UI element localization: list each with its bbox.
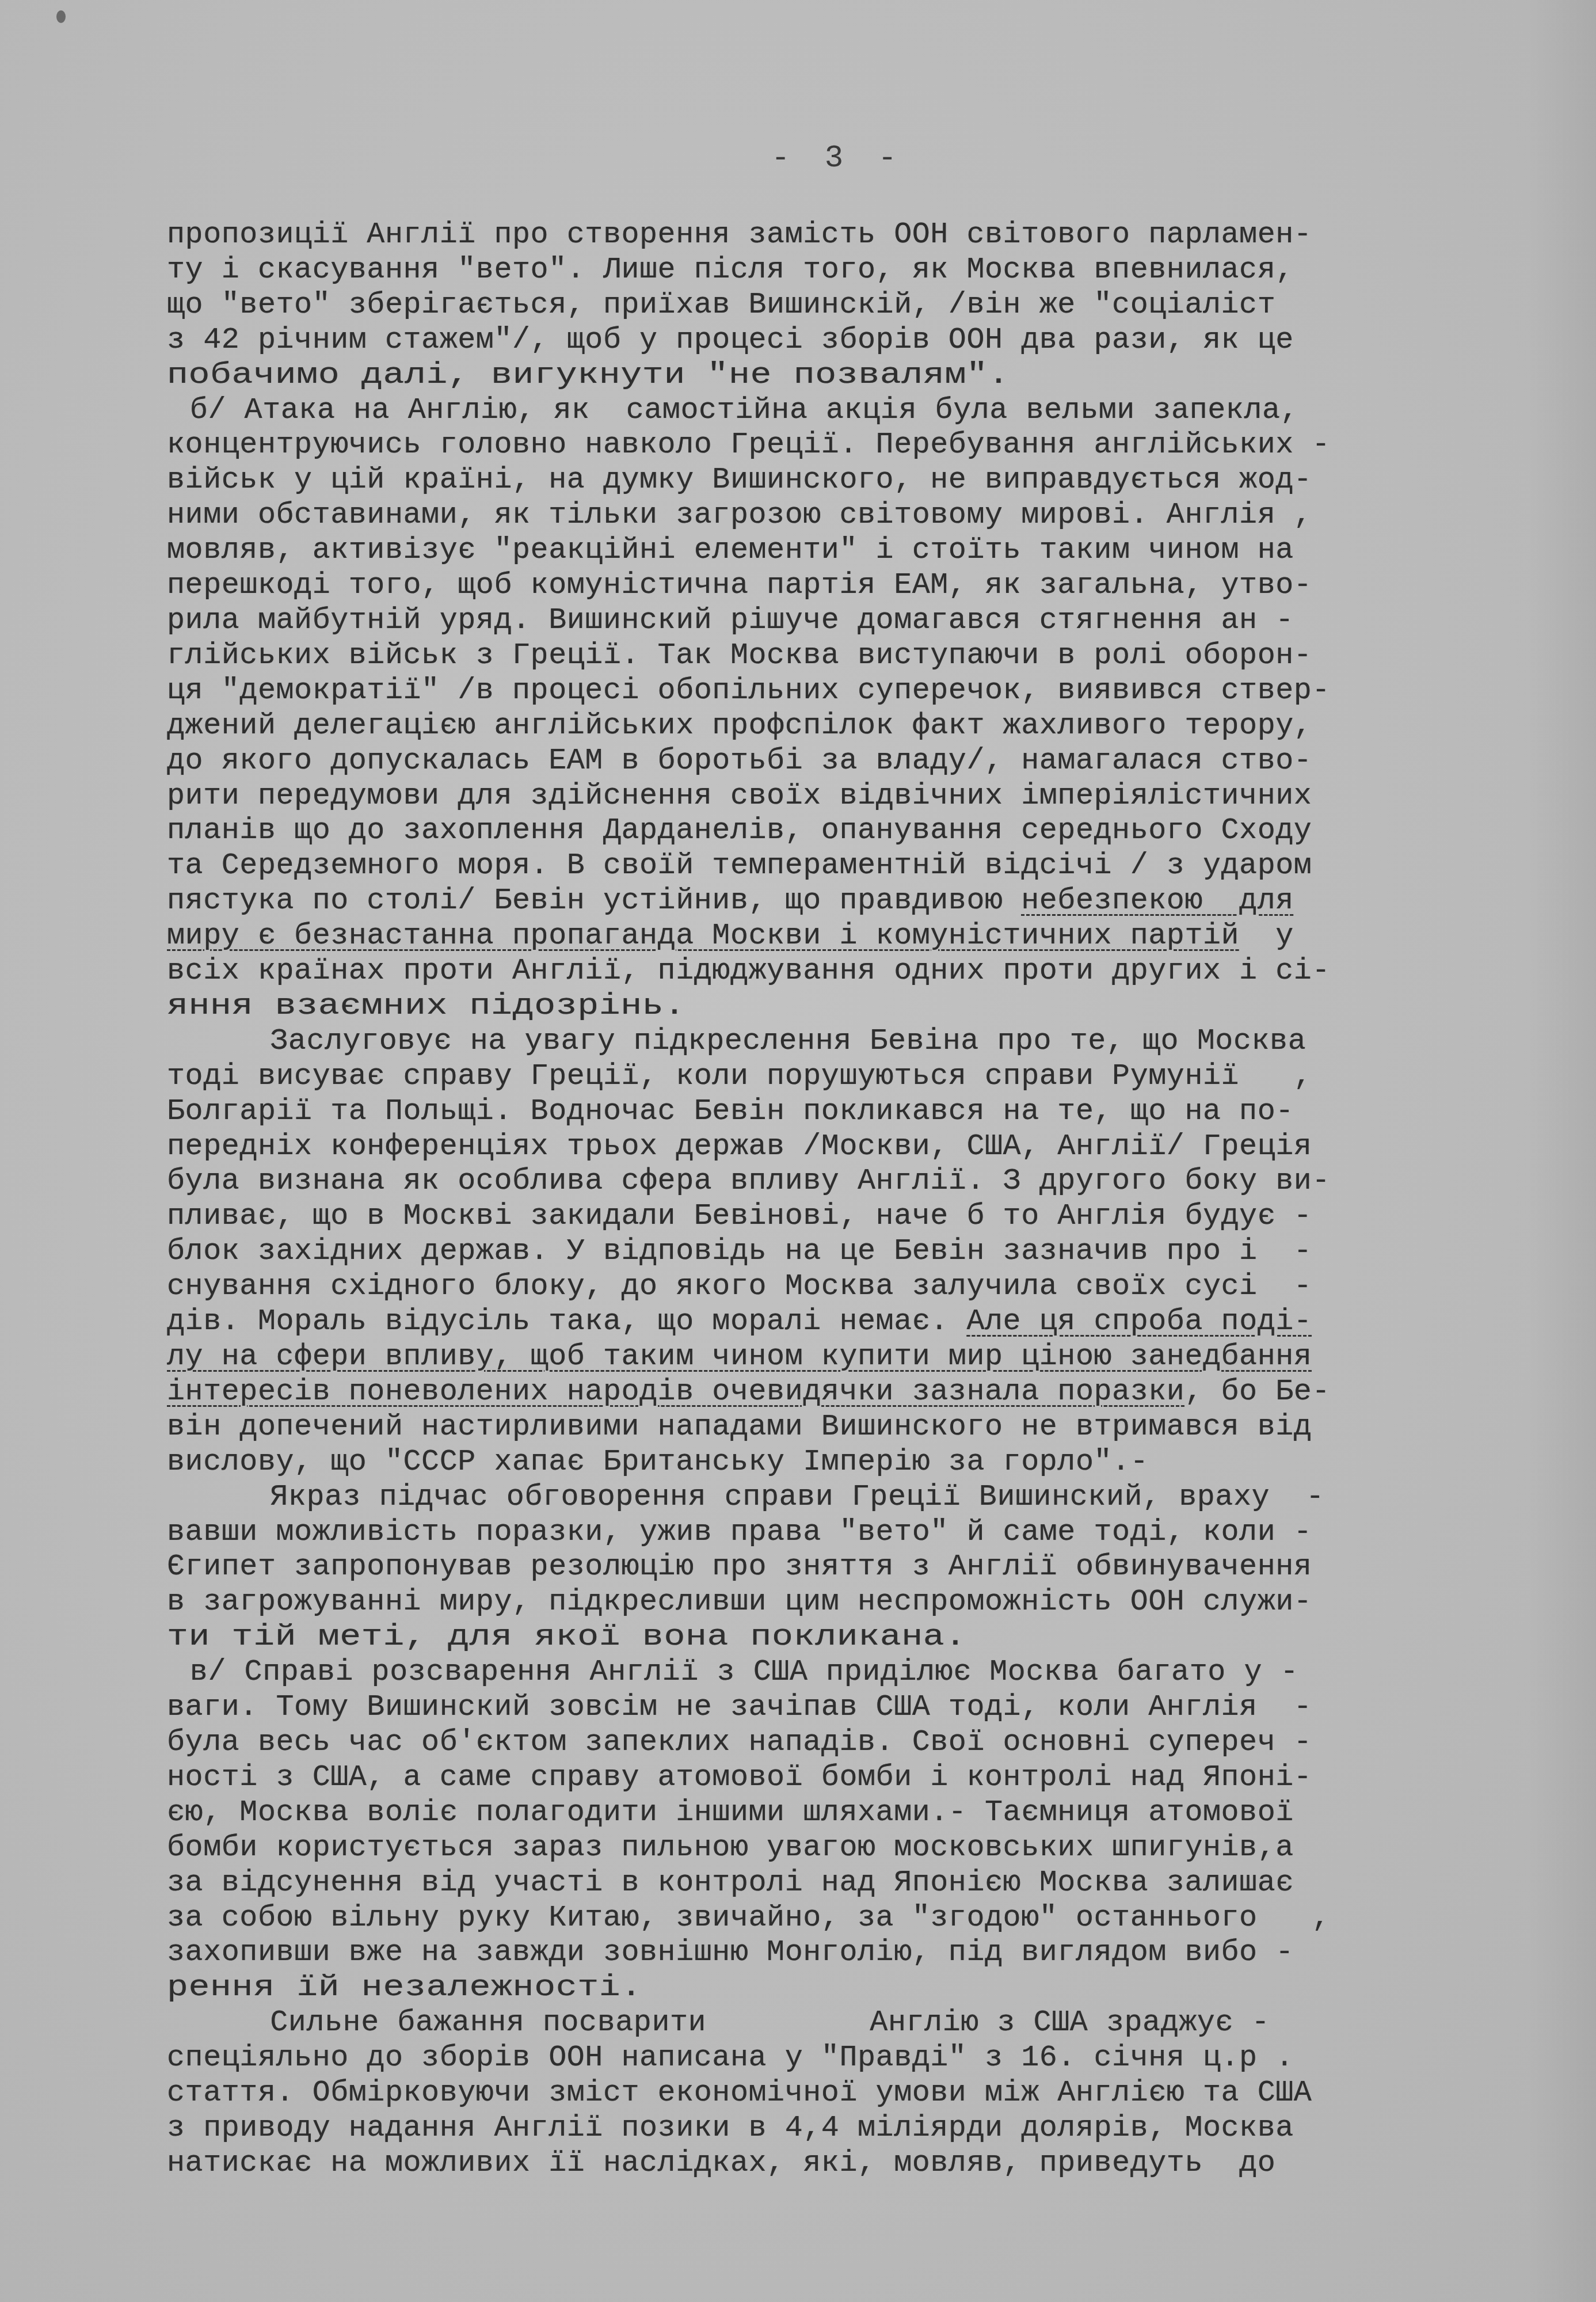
text-line: пропозиції Англії про створення замість …	[167, 218, 1485, 253]
text-line: вислову, що "СССР хапає Британську Імпер…	[167, 1445, 1485, 1480]
text-line: всіх країнах проти Англії, підюджування …	[167, 954, 1485, 989]
text-line: блок західних держав. У відповідь на це …	[167, 1234, 1485, 1269]
text-line: б/ Атака на Англію, як самостійна акція …	[167, 393, 1485, 428]
text-line: дів. Мораль відусіль така, що моралі нем…	[167, 1304, 1485, 1340]
text-line: спеціяльно до зборів ООН написана у "Пра…	[167, 2041, 1485, 2076]
text-line: лу на сфери впливу, щоб таким чином купи…	[167, 1340, 1485, 1375]
text-line: в загрожуванні миру, підкресливши цим не…	[167, 1585, 1485, 1620]
text-line: Єгипет запропонував резолюцію про зняття…	[167, 1550, 1485, 1585]
text-line: та Середземного моря. В своїй темперамен…	[167, 848, 1485, 884]
text-line: планів що до захоплення Дарданелів, опан…	[167, 813, 1485, 848]
text-line: захопивши вже на завжди зовнішню Монголі…	[167, 1935, 1485, 1970]
text-line: ця "демократії" /в процесі обопільних су…	[167, 674, 1485, 709]
text-line: за відсунення від участі в контролі над …	[167, 1866, 1485, 1901]
text-line: натискає на можливих її наслідках, які, …	[167, 2146, 1485, 2181]
underlined-text: Але ця спроба поді-	[966, 1304, 1312, 1338]
text-line: стаття. Обмірковуючи зміст економічної у…	[167, 2076, 1485, 2111]
page-edge-shadow	[1527, 0, 1596, 2302]
text-line: єю, Москва воліє полагодити іншими шляха…	[167, 1795, 1485, 1831]
text-line: ності з США, а саме справу атомової бомб…	[167, 1760, 1485, 1795]
text-line: до якого допускалась ЕАМ в боротьбі за в…	[167, 744, 1485, 779]
text-line: ту і скасування "вето". Лише після того,…	[167, 253, 1485, 288]
text-line: джений делегацією англійських профспілок…	[167, 709, 1485, 744]
text-line: він допечений настирливими нападами Виши…	[167, 1410, 1485, 1445]
text-line: яння взаємних підозрінь.	[167, 989, 1596, 1024]
text-line: Болгарії та Польщі. Водночас Бевін покли…	[167, 1094, 1485, 1129]
text-line: концентруючись головно навколо Греції. П…	[167, 428, 1485, 463]
text-line: була весь час об'єктом запеклих нападів.…	[167, 1725, 1485, 1760]
text-line: інтересів поневолених народів очевидячки…	[167, 1375, 1485, 1410]
text-line: ваги. Тому Вишинский зовсім не зачіпав С…	[167, 1690, 1485, 1725]
text-line: була визнана як особлива сфера впливу Ан…	[167, 1164, 1485, 1199]
text-line: за собою вільну руку Китаю, звичайно, за…	[167, 1901, 1485, 1936]
text-line: ними обставинами, як тільки загрозою сві…	[167, 498, 1485, 533]
text-line: миру є безнастанна пропаганда Москви і к…	[167, 919, 1485, 954]
text-line: з приводу надання Англії позики в 4,4 мі…	[167, 2111, 1485, 2146]
underlined-text: небезпекою для	[1021, 884, 1294, 918]
text-line: глійських військ з Греції. Так Москва ви…	[167, 638, 1485, 674]
text-line: рити передумови для здійснення своїх від…	[167, 779, 1485, 814]
document-body: пропозиції Англії про створення замість …	[167, 218, 1491, 2181]
text-line: пливає, що в Москві закидали Бевінові, н…	[167, 1199, 1485, 1234]
ink-blot	[56, 10, 66, 23]
text-line: тоді висуває справу Греції, коли порушую…	[167, 1059, 1485, 1094]
text-line: Заслуговує на увагу підкреслення Бевіна …	[167, 1024, 1485, 1059]
text-line: ти тій меті, для якої вона покликана.	[167, 1620, 1596, 1655]
text-line: бомби користується зараз пильною увагою …	[167, 1831, 1485, 1866]
underlined-text: інтересів поневолених народів очевидячки…	[167, 1375, 1184, 1409]
text-line: вавши можливість поразки, ужив права "ве…	[167, 1515, 1485, 1550]
text-line: рила майбутній уряд. Вишинский рішуче до…	[167, 603, 1485, 638]
text-line: з 42 річним стажем"/, щоб у процесі збор…	[167, 323, 1485, 358]
text-line: Сильне бажання посварити Англію з США зр…	[167, 2006, 1485, 2041]
page-number: - 3 -	[771, 141, 905, 176]
text-line: мовляв, активізує "реакційні елементи" і…	[167, 533, 1485, 568]
text-line: перешкоді того, щоб комуністична партія …	[167, 568, 1485, 603]
underlined-text: лу на сфери впливу, щоб таким чином купи…	[167, 1340, 1312, 1373]
text-line: військ у цій країні, на думку Вишинского…	[167, 463, 1485, 498]
text-line: в/ Справі розсварення Англії з США приді…	[167, 1655, 1485, 1690]
text-line: рення їй незалежності.	[167, 1970, 1596, 2006]
text-line: побачимо далі, вигукнути "не позвалям".	[167, 358, 1596, 393]
underlined-text: миру є безнастанна пропаганда Москви і к…	[167, 919, 1239, 953]
text-line: Якраз підчас обговорення справи Греції В…	[167, 1480, 1485, 1515]
text-line: передніх конференціях трьох держав /Моск…	[167, 1129, 1485, 1165]
text-line: снування східного блоку, до якого Москва…	[167, 1269, 1485, 1304]
text-line: що "вето" зберігається, приїхав Вишинскі…	[167, 288, 1485, 323]
text-line: пястука по столі/ Бевін устійнив, що пра…	[167, 884, 1485, 919]
